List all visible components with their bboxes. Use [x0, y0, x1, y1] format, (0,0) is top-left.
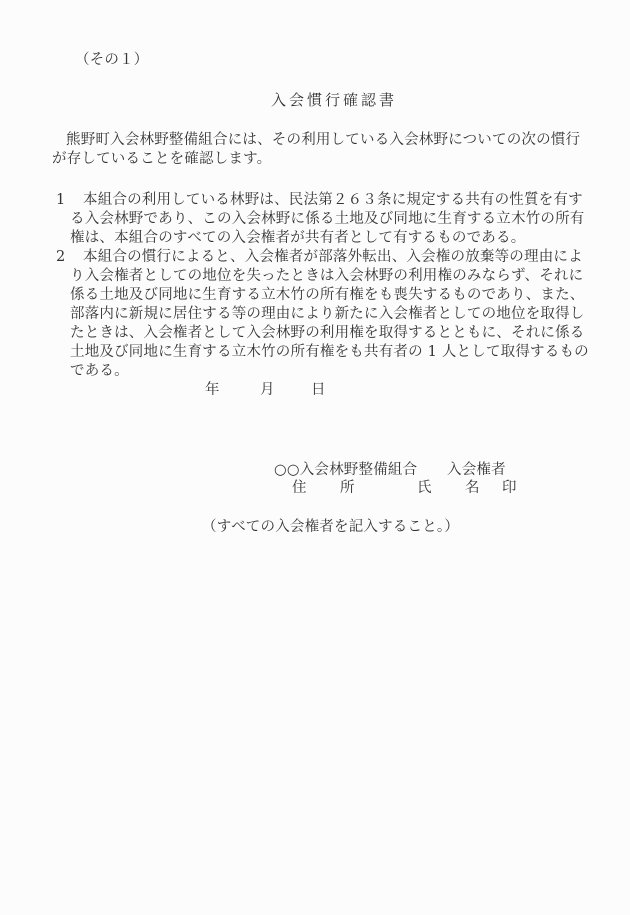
signature-name-label-1: 氏	[417, 481, 432, 496]
footer-note: （すべての入会権者を記入すること。）	[202, 520, 459, 535]
item2-line-3: 係る土地及び同地に生育する立木竹の所有権をも喪失するものであり、また、	[70, 288, 585, 303]
item1-line-1: 本組合の利用している林野は、民法第２６３条に規定する共有の性質を有す	[83, 193, 583, 208]
signature-seal-label: 印	[502, 481, 517, 496]
signature-org: ○○入会林野整備組合	[274, 463, 417, 478]
signature-name-label-2: 名	[465, 481, 480, 496]
document-page: （その１） 入会慣行確認書 熊野町入会林野整備組合には、その利用している入会林野…	[0, 0, 630, 915]
date-day-label: 日	[311, 383, 326, 398]
document-title: 入会慣行確認書	[271, 93, 397, 109]
item2-line-4: 部落内に新規に居住する等の理由により新たに入会権者としての地位を取得し	[70, 307, 585, 322]
item2-line-6: 土地及び同地に生育する立木竹の所有権をも共有者の 1 人として取得するもの	[70, 345, 589, 360]
item1-number: 1	[56, 193, 65, 208]
intro-line-1: 熊野町入会林野整備組合には、その利用している入会林野についての次の慣行	[66, 133, 580, 148]
item2-line-2: り入会権者としての地位を失ったときは入会林野の利用権のみならず、それに	[70, 269, 583, 284]
date-year-label: 年	[205, 383, 220, 398]
item2-number: 2	[56, 250, 65, 265]
item1-line-3: 権は、本組合のすべての入会権者が共有者として有するものである。	[70, 231, 525, 246]
page-label: （その１）	[75, 53, 149, 68]
intro-line-2: が存していることを確認します。	[52, 152, 271, 167]
item2-line-1: 本組合の慣行によると、入会権者が部落外転出、入会権の放棄等の理由によ	[83, 250, 583, 265]
date-month-label: 月	[260, 383, 275, 398]
item2-line-7: である。	[70, 364, 129, 379]
item2-line-5: たときは、入会権者として入会林野の利用権を取得するとともに、それに係る	[70, 326, 585, 341]
item1-line-2: る入会林野であり、この入会林野に係る土地及び同地に生育する立木竹の所有	[70, 212, 585, 227]
signature-address-label-1: 住	[292, 481, 307, 496]
signature-right-holder: 入会権者	[447, 463, 506, 478]
signature-address-label-2: 所	[340, 481, 355, 496]
